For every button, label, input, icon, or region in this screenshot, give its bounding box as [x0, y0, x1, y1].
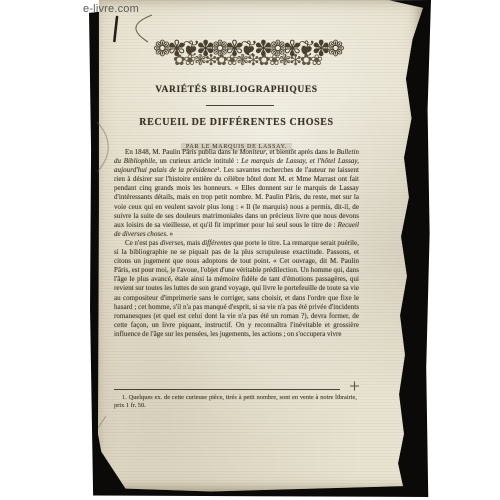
engraved-floral-band: ❁✾❦✽❁✾❦✽❁✾❦✽❁ ✿❀❃❇✿❀❃❇✿❀❃❇✿❀	[148, 38, 346, 84]
divider-rule	[206, 105, 274, 106]
article-body: En 1848, M. Paulin Pâris publia dans le …	[114, 148, 359, 385]
scanned-pamphlet-page: ❁✾❦✽❁✾❦✽❁✾❦✽❁ ✿❀❃❇✿❀❃❇✿❀❃❇✿❀ VARIÉTÉS BI…	[96, 0, 424, 493]
product-photo-scanned-page: ❁✾❦✽❁✾❦✽❁✾❦✽❁ ✿❀❃❇✿❀❃❇✿❀❃❇✿❀ VARIÉTÉS BI…	[0, 0, 500, 500]
article-title: RECUEIL DE DIFFÉRENTES CHOSES	[114, 117, 359, 128]
footnote-rule	[114, 389, 340, 390]
body-paragraph: Ce n'est pas diverses, mais différentes …	[114, 239, 359, 339]
section-masthead: VARIÉTÉS BIBLIOGRAPHIQUES	[114, 85, 359, 95]
body-paragraph: En 1848, M. Paulin Pâris publia dans le …	[114, 148, 359, 239]
ornament-row: ✿❀❃❇✿❀❃❇✿❀❃❇✿❀	[148, 53, 346, 67]
footnote-text: 1. Quelques ex. de cette curieuse pièce,…	[114, 394, 357, 409]
site-watermark: e-livre.com	[83, 3, 139, 15]
